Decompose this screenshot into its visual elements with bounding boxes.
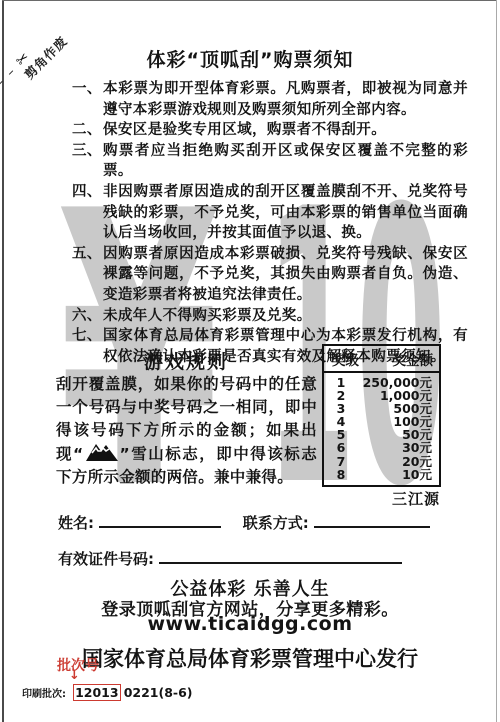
game-rules-title: 游戏规则	[57, 347, 315, 374]
form-row-name-contact: 姓名: 联系方式:	[58, 512, 430, 533]
notice-number: 二、	[72, 120, 103, 141]
table-row: 8 10元	[324, 468, 439, 481]
prize-table-body: 1 250,000元 2 1,000元 3 500元 4 100元 5 50元 …	[324, 373, 439, 485]
prize-amount: 20元	[358, 455, 439, 468]
notice-number: 四、	[72, 182, 103, 244]
prize-level: 8	[324, 468, 358, 481]
form-row-id: 有效证件号码:	[58, 548, 402, 569]
contact-label: 联系方式:	[243, 514, 309, 532]
page-title: 体彩“顶呱刮”购票须知	[0, 45, 500, 72]
notice-number: 五、	[72, 244, 103, 306]
notice-text: 未成年人不得购买彩票及兑奖。	[103, 306, 468, 327]
notice-list: 一、 本彩票为即开型体育彩票。凡购票者，即被视为同意并遵守本彩票游戏规则及购票须…	[72, 79, 468, 367]
name-label: 姓名:	[58, 514, 94, 532]
table-row: 6 30元	[324, 441, 439, 454]
notice-item-4: 四、 非因购票者原因造成的刮开区覆盖膜刮不开、兑奖符号残缺的彩票，不予兑奖，可由…	[72, 182, 468, 244]
notice-text: 购票者应当拒绝购买刮开区或保安区覆盖不完整的彩票。	[103, 141, 468, 182]
print-batch-line: 印刷批次: 12013 0221(8-6)	[22, 682, 193, 701]
game-rules-text: 刮开覆盖膜，如果你的号码中的任意一个号码与中奖号码之一相同，即中得该号码下方所示…	[56, 373, 317, 489]
notice-text: 因购票者原因造成本彩票破损、兑奖符号残缺、保安区裸露等问题，不予兑奖，其损失由购…	[103, 244, 468, 306]
id-label: 有效证件号码:	[58, 550, 154, 568]
batch-number-boxed: 12013	[73, 684, 121, 701]
notice-number: 一、	[72, 79, 103, 120]
notice-item-1: 一、 本彩票为即开型体育彩票。凡购票者，即被视为同意并遵守本彩票游戏规则及购票须…	[72, 79, 468, 120]
notice-text: 非因购票者原因造成的刮开区覆盖膜刮不开、兑奖符号残缺的彩票，不予兑奖，可由本彩票…	[103, 182, 468, 244]
down-arrow-icon: ↓	[69, 668, 80, 683]
table-row: 7 20元	[324, 455, 439, 468]
ticket-name: 三江源	[322, 488, 440, 509]
prize-amount-header: 奖金额	[366, 349, 433, 369]
notice-text: 本彩票为即开型体育彩票。凡购票者，即被视为同意并遵守本彩票游戏规则及购票须知所列…	[103, 79, 468, 120]
prize-amount: 30元	[358, 441, 439, 454]
notice-item-2: 二、 保安区是验奖专用区域，购票者不得刮开。	[72, 120, 468, 141]
contact-blank-line	[314, 515, 430, 528]
batch-number-rest: 0221(8-6)	[124, 685, 193, 700]
website-url: www.ticaidgg.com	[0, 613, 500, 635]
notice-number: 六、	[72, 306, 103, 327]
prize-table: 奖级 奖金额 1 250,000元 2 1,000元 3 500元 4 100元…	[322, 344, 441, 487]
notice-item-6: 六、 未成年人不得购买彩票及兑奖。	[72, 306, 468, 327]
notice-item-3: 三、 购票者应当拒绝购买刮开区或保安区覆盖不完整的彩票。	[72, 141, 468, 182]
prize-level-header: 奖级	[332, 349, 366, 369]
id-blank-line	[159, 551, 402, 564]
name-blank-line	[99, 515, 221, 528]
prize-table-header: 奖级 奖金额	[324, 346, 439, 373]
snow-mountain-icon	[85, 442, 119, 462]
prize-amount: 10元	[358, 468, 439, 481]
notice-item-5: 五、 因购票者原因造成本彩票破损、兑奖符号残缺、保安区裸露等问题，不予兑奖，其损…	[72, 244, 468, 306]
prize-level: 6	[324, 441, 358, 454]
print-batch-label: 印刷批次:	[22, 689, 66, 700]
notice-number: 三、	[72, 141, 103, 182]
prize-level: 7	[324, 455, 358, 468]
notice-text: 保安区是验奖专用区域，购票者不得刮开。	[103, 120, 468, 141]
ticket-back: – – ✂ 剪角作废 体彩“顶呱刮”购票须知 一、 本彩票为即开型体育彩票。凡购…	[0, 0, 500, 722]
